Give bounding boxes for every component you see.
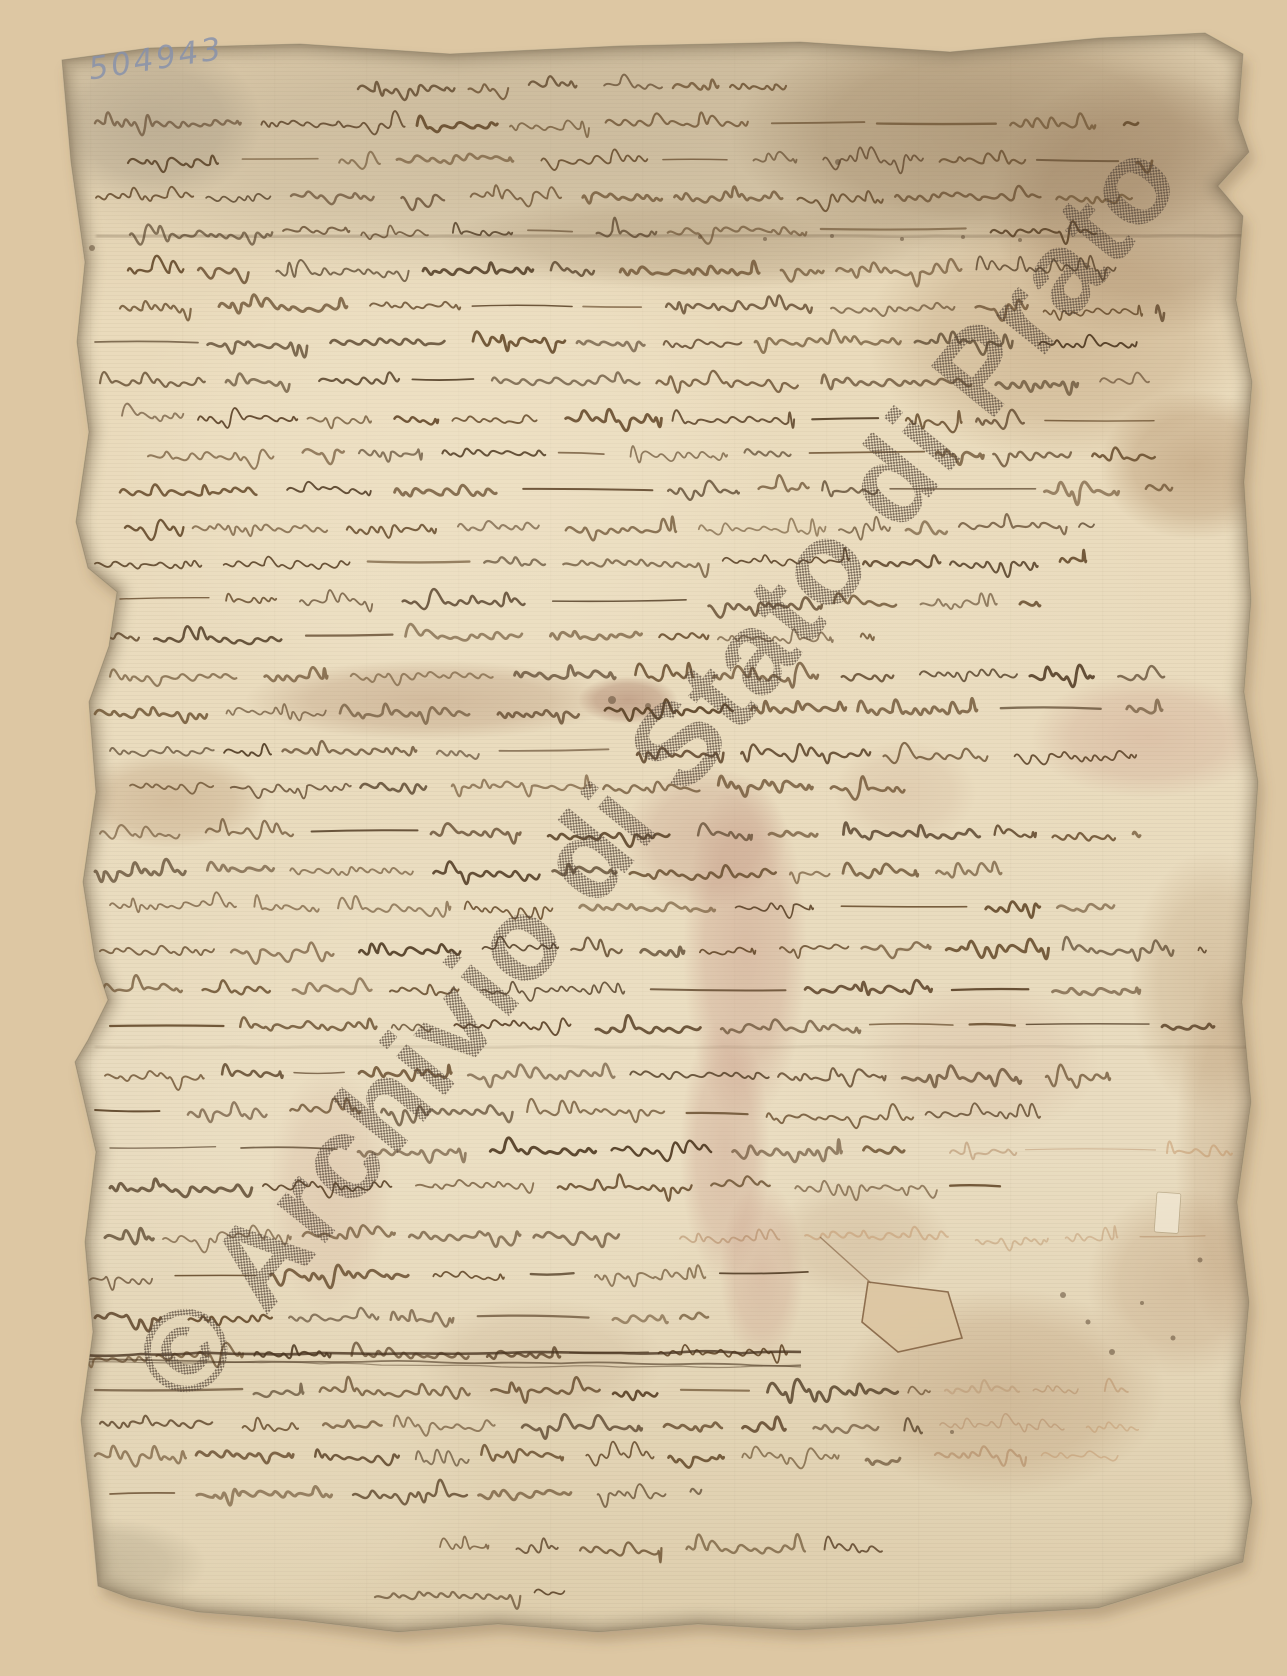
ink-speck bbox=[1198, 1258, 1203, 1263]
ink-speck bbox=[1171, 1336, 1176, 1341]
ink-speck bbox=[830, 234, 834, 238]
pen-stroke bbox=[877, 124, 996, 125]
repair-tag bbox=[1154, 1192, 1181, 1234]
pen-stroke bbox=[531, 1273, 574, 1274]
scanned-manuscript-view: © Archivio di Stato di Prato 504943 bbox=[0, 0, 1287, 1676]
ink-speck bbox=[961, 235, 965, 239]
stain bbox=[770, 1180, 950, 1300]
pen-stroke bbox=[841, 906, 966, 907]
manuscript-scan: © Archivio di Stato di Prato bbox=[0, 0, 1287, 1676]
pen-stroke bbox=[583, 307, 641, 308]
pen-stroke bbox=[412, 379, 473, 380]
ink-speck bbox=[1140, 1301, 1144, 1305]
pen-stroke bbox=[110, 1026, 224, 1027]
pen-stroke bbox=[651, 989, 786, 990]
pen-stroke bbox=[821, 228, 966, 229]
stain bbox=[1100, 390, 1287, 540]
ink-speck bbox=[900, 237, 904, 241]
pen-stroke bbox=[950, 1185, 1000, 1186]
pen-stroke bbox=[681, 1390, 749, 1391]
stain bbox=[860, 980, 1100, 1140]
stain bbox=[1030, 674, 1266, 798]
stain bbox=[0, 1380, 510, 1620]
stain bbox=[440, 194, 960, 290]
ink-speck bbox=[1060, 1292, 1066, 1298]
stain bbox=[1175, 960, 1285, 1340]
ink-speck bbox=[1086, 1320, 1091, 1325]
pen-stroke bbox=[952, 989, 1028, 990]
ink-speck bbox=[608, 696, 616, 704]
pen-stroke bbox=[1045, 421, 1154, 422]
pen-stroke bbox=[306, 635, 393, 636]
ink-speck bbox=[950, 1430, 954, 1434]
ink-speck bbox=[1109, 1349, 1115, 1355]
pen-stroke bbox=[663, 159, 727, 160]
ink-speck bbox=[89, 245, 95, 251]
pen-stroke bbox=[1026, 1024, 1149, 1025]
ink-speck bbox=[763, 237, 767, 241]
pen-stroke bbox=[368, 562, 470, 563]
